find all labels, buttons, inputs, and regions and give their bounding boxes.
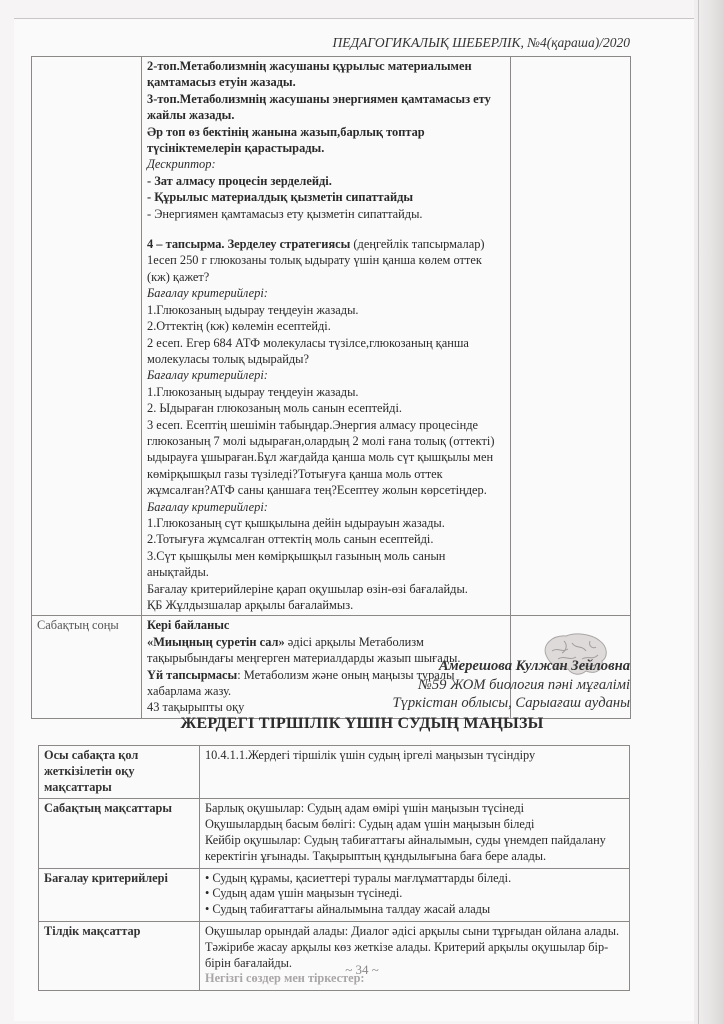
activity-line: - Энергиямен қамтамасыз ету қызметін сип… [147,206,506,222]
stage-cell [32,57,142,616]
activity-line: 3.Сүт қышқылы мен көмірқышқыл газының мо… [147,548,506,581]
activity-line: 2.Тотығуға жұмсалған оттектің моль санын… [147,531,506,547]
stage-cell: Сабақтың соңы [32,616,142,718]
content-line: 10.4.1.1.Жердегі тіршілік үшін судың ірг… [205,748,624,764]
line-text: 2.Тотығуға жұмсалған оттектің моль санын… [147,532,433,546]
line-text: Бағалау критерийлері: [147,500,268,514]
line-text: 2-топ.Метаболизмнің жасушаны құрылыс мат… [147,59,472,89]
line-text: Дескриптор: [147,157,216,171]
activity-line: Бағалау критерийлеріне қарап оқушылар өз… [147,581,506,597]
line-suffix: (деңгейлік тапсырмалар) [350,237,484,251]
line-text: 3-топ.Метаболизмнің жасушаны энергиямен … [147,92,491,122]
line-text: - Энергиямен қамтамасыз ету қызметін сип… [147,207,423,221]
activity-line: Дескриптор: [147,156,506,172]
row-content: 10.4.1.1.Жердегі тіршілік үшін судың ірг… [200,746,630,799]
author-region: Түркістан облысы, Сарыағаш ауданы [392,694,630,713]
line-text: 2 есеп. Егер 684 АТФ молекуласы түзілсе,… [147,336,469,366]
activity-cell: 2-топ.Метаболизмнің жасушаны құрылыс мат… [142,57,511,616]
table-row: Осы сабақта қол жеткізілетін оқу мақсатт… [39,746,630,799]
activity-line: Бағалау критерийлері: [147,499,506,515]
running-header: ПЕДАГОГИКАЛЫҚ ШЕБЕРЛІК, №4(қараша)/2020 [332,35,630,51]
content-line: • Судың адам үшін маңызын түсінеді. [205,886,624,902]
table-row: 2-топ.Метаболизмнің жасушаны құрылыс мат… [32,57,631,616]
activity-line: 2.Оттектің (кж) көлемін есептейді. [147,318,506,334]
resource-cell [511,57,631,616]
article-title: ЖЕРДЕГІ ТІРШІЛІК ҮШІН СУДЫҢ МАҢЫЗЫ [0,715,724,733]
activity-line: Бағалау критерийлері: [147,367,506,383]
activity-line: 1.Глюкозаның ыдырау теңдеуін жазады. [147,302,506,318]
activity-line [147,222,506,236]
feedback-title: Кері байланыс [147,617,506,633]
line-text: Әр топ өз бектінің жанына жазып,барлық т… [147,125,425,155]
line-text: ҚБ Жұлдызшалар арқылы бағалаймыз. [147,598,353,612]
homework-label: Үй тапсырмасы [147,668,237,682]
table-row: Тілдік мақсаттарОқушылар орындай алады: … [39,921,630,990]
line-text: - Құрылыс материалдық қызметін сипаттайд… [147,190,413,204]
activity-line: - Зат алмасу процесін зерделейді. [147,173,506,189]
author-block: Амерешова Кулжан Зейловна №59 ЖОМ биолог… [392,657,630,713]
content-line: Барлық оқушылар: Судың адам өмірі үшін м… [205,801,624,817]
line-text: Бағалау критерийлері: [147,368,268,382]
activity-line: Бағалау критерийлері: [147,285,506,301]
activity-line: 3 есеп. Есептің шешімін табыңдар.Энергия… [147,417,506,499]
content-line: Кейбір оқушылар: Судың табиғаттағы айнал… [205,833,624,865]
line-text: 1есеп 250 г глюкозаны толық ыдырату үшін… [147,253,482,283]
activity-line: 3-топ.Метаболизмнің жасушаны энергиямен … [147,91,506,124]
activity-line: 1есеп 250 г глюкозаны толық ыдырату үшін… [147,252,506,285]
page-number: ~ 34 ~ [0,962,724,978]
author-name: Амерешова Кулжан Зейловна [392,657,630,676]
activity-line: Әр топ өз бектінің жанына жазып,барлық т… [147,124,506,157]
line-text: 1.Глюкозаның ыдырау теңдеуін жазады. [147,303,359,317]
line-text: 2. Ыдыраған глюкозаның моль санын есепте… [147,401,402,415]
table-row: Бағалау критерийлері• Судың құрамы, қаси… [39,868,630,921]
activity-line: 2 есеп. Егер 684 АТФ молекуласы түзілсе,… [147,335,506,368]
row-label: Тілдік мақсаттар [39,921,200,990]
content-line: • Судың табиғаттағы айналымына талдау жа… [205,902,624,918]
line-text: 3 есеп. Есептің шешімін табыңдар.Энергия… [147,418,494,498]
activity-line: ҚБ Жұлдызшалар арқылы бағалаймыз. [147,597,506,613]
activity-line: 1.Глюкозаның сүт қышқылына дейін ыдырауы… [147,515,506,531]
method-name: «Миыңның суретін сал» [147,635,285,649]
activity-line: 1.Глюкозаның ыдырау теңдеуін жазады. [147,384,506,400]
line-text: 4 – тапсырма. Зерделеу стратегиясы [147,237,350,251]
activity-lines: 2-топ.Метаболизмнің жасушаны құрылыс мат… [147,58,506,613]
line-text: 1.Глюкозаның ыдырау теңдеуін жазады. [147,385,359,399]
author-position: №59 ЖОМ биология пәні мұғалімі [392,676,630,695]
activity-line: 2-топ.Метаболизмнің жасушаны құрылыс мат… [147,58,506,91]
line-text: 2.Оттектің (кж) көлемін есептейді. [147,319,331,333]
content-line: Оқушылардың басым бөлігі: Судың адам үші… [205,817,624,833]
line-text: Бағалау критерийлері: [147,286,268,300]
line-text: - Зат алмасу процесін зерделейді. [147,174,332,188]
row-content: Барлық оқушылар: Судың адам өмірі үшін м… [200,799,630,868]
page-edge-shadow [694,0,724,1024]
row-label: Осы сабақта қол жеткізілетін оқу мақсатт… [39,746,200,799]
line-text: 1.Глюкозаның сүт қышқылына дейін ыдырауы… [147,516,445,530]
row-content: Оқушылар орындай алады: Диалог әдісі арқ… [200,921,630,990]
activity-line: 2. Ыдыраған глюкозаның моль санын есепте… [147,400,506,416]
row-label: Бағалау критерийлері [39,868,200,921]
content-line: • Судың құрамы, қасиеттері туралы мағлұм… [205,871,624,887]
activity-line: - Құрылыс материалдық қызметін сипаттайд… [147,189,506,205]
line-text: 3.Сүт қышқылы мен көмірқышқыл газының мо… [147,549,445,579]
row-content: • Судың құрамы, қасиеттері туралы мағлұм… [200,868,630,921]
table-row: Сабақтың мақсаттарыБарлық оқушылар: Суды… [39,799,630,868]
lesson-table: 2-топ.Метаболизмнің жасушаны құрылыс мат… [31,56,631,719]
lesson-plan-table: Осы сабақта қол жеткізілетін оқу мақсатт… [38,745,630,991]
row-label: Сабақтың мақсаттары [39,799,200,868]
line-text: Бағалау критерийлеріне қарап оқушылар өз… [147,582,468,596]
activity-line: 4 – тапсырма. Зерделеу стратегиясы (деңг… [147,236,506,252]
